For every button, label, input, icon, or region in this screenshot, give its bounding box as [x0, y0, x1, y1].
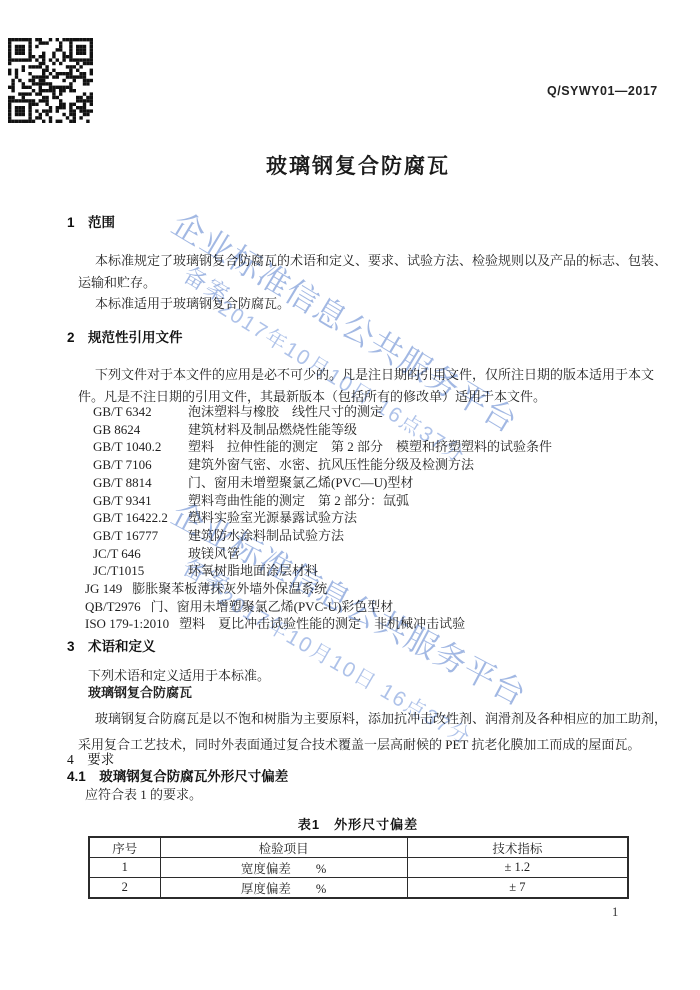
text-line: 下列文件对于本文件的应用是必不可少的。凡是注日期的引用文件，仅所注日期的版本适用… [67, 364, 652, 386]
reference-code: JG 149 [85, 580, 122, 598]
reference-item: JC/T 646玻镁风管 [67, 545, 652, 563]
reference-title: 塑料弯曲性能的测定 第 2 部分：氙弧 [188, 493, 409, 508]
table-header-cell: 序号 [89, 837, 160, 858]
section-3-heading: 3 术语和定义 [67, 638, 652, 655]
section-3-definition: 玻璃钢复合防腐瓦是以不饱和树脂为主要原料，添加抗冲击改性剂、润滑剂及各种相应的加… [67, 706, 652, 757]
document-page: Q/SYWY01—2017 玻璃钢复合防腐瓦 1 范围 本标准规定了玻璃钢复合防… [0, 0, 700, 990]
table-header-cell: 检验项目 [160, 837, 407, 858]
reference-item: QB/T2976门、窗用未增塑聚氯乙烯(PVC-U)彩色型材 [67, 598, 652, 616]
text-line: 运输和贮存。 [67, 272, 652, 294]
table-caption: 表1 外形尺寸偏差 [0, 814, 700, 833]
section-4-heading: 4 要求 [67, 751, 652, 768]
reference-title: 泡沫塑料与橡胶 线性尺寸的测定 [188, 404, 383, 419]
reference-title: 塑料 夏比冲击试验性能的测定 非机械冲击试验 [179, 616, 465, 631]
text-line: 本标准规定了玻璃钢复合防腐瓦的术语和定义、要求、试验方法、检验规则以及产品的标志… [67, 250, 652, 272]
reference-item: JC/T1015环氧树脂地面涂层材料 [67, 562, 652, 580]
reference-item: GB/T 9341塑料弯曲性能的测定 第 2 部分：氙弧 [67, 492, 652, 510]
reference-title: 门、窗用未增塑聚氯乙烯(PVC—U)型材 [188, 475, 413, 490]
page-title: 玻璃钢复合防腐瓦 [0, 150, 700, 180]
reference-list: GB/T 6342泡沫塑料与橡胶 线性尺寸的测定 GB 8624建筑材料及制品燃… [67, 403, 652, 633]
reference-title: 门、窗用未增塑聚氯乙烯(PVC-U)彩色型材 [151, 599, 394, 614]
reference-title: 建筑防水涂料制品试验方法 [188, 528, 344, 543]
section-3-intro: 下列术语和定义适用于本标准。 [67, 667, 673, 684]
table-cell: ± 1.2 [407, 858, 628, 878]
reference-title: 建筑材料及制品燃烧性能等级 [188, 422, 357, 437]
section-4-1-heading: 4.1 玻璃钢复合防腐瓦外形尺寸偏差 [67, 768, 652, 785]
section-1-paragraph: 本标准规定了玻璃钢复合防腐瓦的术语和定义、要求、试验方法、检验规则以及产品的标志… [67, 250, 652, 315]
section-2-intro: 下列文件对于本文件的应用是必不可少的。凡是注日期的引用文件，仅所注日期的版本适用… [67, 364, 652, 407]
reference-code: GB/T 1040.2 [93, 438, 188, 456]
page-number: 1 [612, 905, 618, 920]
table-row: 2 厚度偏差 % ± 7 [89, 878, 628, 899]
reference-code: GB/T 16777 [93, 527, 188, 545]
table-row: 1 宽度偏差 % ± 1.2 [89, 858, 628, 878]
reference-title: 膨胀聚苯板薄抹灰外墙外保温系统 [132, 581, 327, 596]
reference-code: GB/T 9341 [93, 492, 188, 510]
table-1: 序号 检验项目 技术指标 1 宽度偏差 % ± 1.2 2 厚度偏差 % ± 7 [88, 836, 629, 899]
reference-code: GB/T 8814 [93, 474, 188, 492]
section-4-note: 应符合表 1 的要求。 [67, 786, 670, 803]
qr-code-pattern [8, 38, 93, 123]
doc-number: Q/SYWY01—2017 [547, 84, 658, 98]
reference-title: 塑料 拉伸性能的测定 第 2 部分 模塑和挤塑塑料的试验条件 [188, 439, 552, 454]
text-line: 玻璃钢复合防腐瓦是以不饱和树脂为主要原料，添加抗冲击改性剂、润滑剂及各种相应的加… [67, 706, 652, 732]
section-3-term: 玻璃钢复合防腐瓦 [67, 684, 673, 701]
reference-code: GB/T 7106 [93, 456, 188, 474]
reference-item: GB/T 16422.2塑料实验室光源暴露试验方法 [67, 509, 652, 527]
section-1-heading: 1 范围 [67, 214, 652, 231]
reference-code: GB/T 6342 [93, 403, 188, 421]
table-header-row: 序号 检验项目 技术指标 [89, 837, 628, 858]
reference-item: GB/T 16777建筑防水涂料制品试验方法 [67, 527, 652, 545]
reference-title: 塑料实验室光源暴露试验方法 [188, 510, 357, 525]
reference-code: GB 8624 [93, 421, 188, 439]
reference-item: GB/T 6342泡沫塑料与橡胶 线性尺寸的测定 [67, 403, 652, 421]
reference-code: ISO 179-1:2010 [85, 615, 169, 633]
reference-title: 环氧树脂地面涂层材料 [188, 563, 318, 578]
table-cell: 1 [89, 858, 160, 878]
table-cell: 2 [89, 878, 160, 899]
reference-item: GB 8624建筑材料及制品燃烧性能等级 [67, 421, 652, 439]
reference-item: ISO 179-1:2010塑料 夏比冲击试验性能的测定 非机械冲击试验 [67, 615, 652, 633]
reference-title: 玻镁风管 [188, 546, 240, 561]
reference-item: GB/T 8814门、窗用未增塑聚氯乙烯(PVC—U)型材 [67, 474, 652, 492]
qr-code [8, 38, 93, 123]
table-header-cell: 技术指标 [407, 837, 628, 858]
section-2-heading: 2 规范性引用文件 [67, 329, 652, 346]
text-line: 本标准适用于玻璃钢复合防腐瓦。 [67, 293, 652, 315]
reference-code: QB/T2976 [85, 598, 141, 616]
reference-item: GB/T 1040.2塑料 拉伸性能的测定 第 2 部分 模塑和挤塑塑料的试验条… [67, 438, 652, 456]
reference-code: JC/T1015 [93, 562, 188, 580]
reference-code: JC/T 646 [93, 545, 188, 563]
reference-code: GB/T 16422.2 [93, 509, 188, 527]
table-cell: ± 7 [407, 878, 628, 899]
table-cell: 厚度偏差 % [160, 878, 407, 899]
table-cell: 宽度偏差 % [160, 858, 407, 878]
reference-item: GB/T 7106建筑外窗气密、水密、抗风压性能分级及检测方法 [67, 456, 652, 474]
reference-title: 建筑外窗气密、水密、抗风压性能分级及检测方法 [188, 457, 474, 472]
reference-item: JG 149膨胀聚苯板薄抹灰外墙外保温系统 [67, 580, 652, 598]
